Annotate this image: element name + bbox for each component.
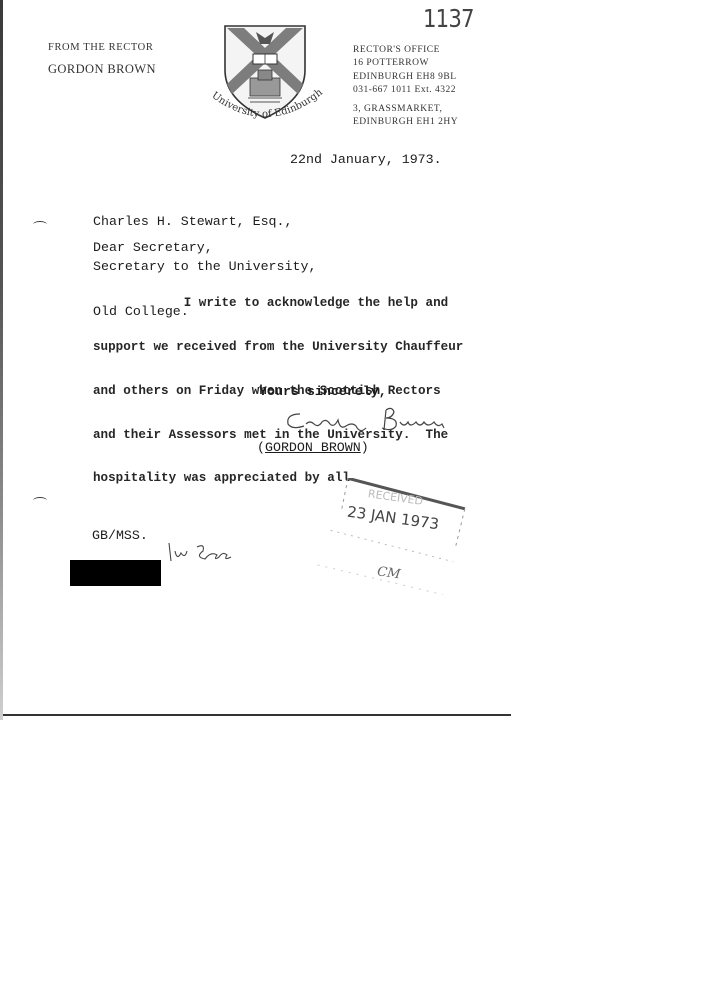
handwritten-file-number: 1137 bbox=[423, 4, 474, 33]
reference-initials: GB/MSS. bbox=[92, 528, 148, 543]
svg-text:RECEIVED: RECEIVED bbox=[367, 487, 424, 508]
address-line: 031-667 1011 Ext. 4322 bbox=[353, 84, 458, 97]
handwritten-note: to see bbox=[165, 537, 235, 567]
typed-signatory-name: GORDON BROWN bbox=[265, 440, 361, 455]
letterhead-from-label: FROM THE RECTOR bbox=[48, 42, 153, 53]
letter-date: 22nd January, 1973. bbox=[290, 152, 442, 167]
address-line: EDINBURGH EH1 2HY bbox=[353, 116, 458, 129]
received-stamp: RECEIVED 23 JAN 1973 CM bbox=[300, 478, 470, 628]
svg-text:23 JAN 1973: 23 JAN 1973 bbox=[346, 503, 440, 534]
recipient-line: Charles H. Stewart, Esq., bbox=[93, 214, 316, 229]
university-crest-icon: University of Edinburgh bbox=[200, 22, 330, 122]
typed-signatory: (GORDON BROWN) bbox=[257, 440, 369, 455]
closing: Yours sincerely, bbox=[259, 384, 387, 399]
margin-punch-mark bbox=[33, 221, 47, 228]
letterhead-address: RECTOR'S OFFICE 16 POTTERROW EDINBURGH E… bbox=[353, 44, 458, 130]
address-line: RECTOR'S OFFICE bbox=[353, 44, 458, 57]
margin-punch-mark bbox=[33, 497, 47, 504]
letterhead-from-name: GORDON BROWN bbox=[48, 62, 156, 77]
address-line: EDINBURGH EH8 9BL bbox=[353, 71, 458, 84]
body-line: support we received from the University … bbox=[93, 340, 463, 355]
handwritten-signature bbox=[282, 400, 492, 440]
scan-left-edge bbox=[0, 0, 3, 720]
salutation: Dear Secretary, bbox=[93, 240, 213, 255]
address-line: 3, GRASSMARKET, bbox=[353, 103, 458, 116]
address-line: 16 POTTERROW bbox=[353, 57, 458, 70]
page-bottom-rule bbox=[3, 714, 511, 716]
body-line: I write to acknowledge the help and bbox=[93, 296, 463, 311]
redaction-block bbox=[70, 560, 161, 586]
